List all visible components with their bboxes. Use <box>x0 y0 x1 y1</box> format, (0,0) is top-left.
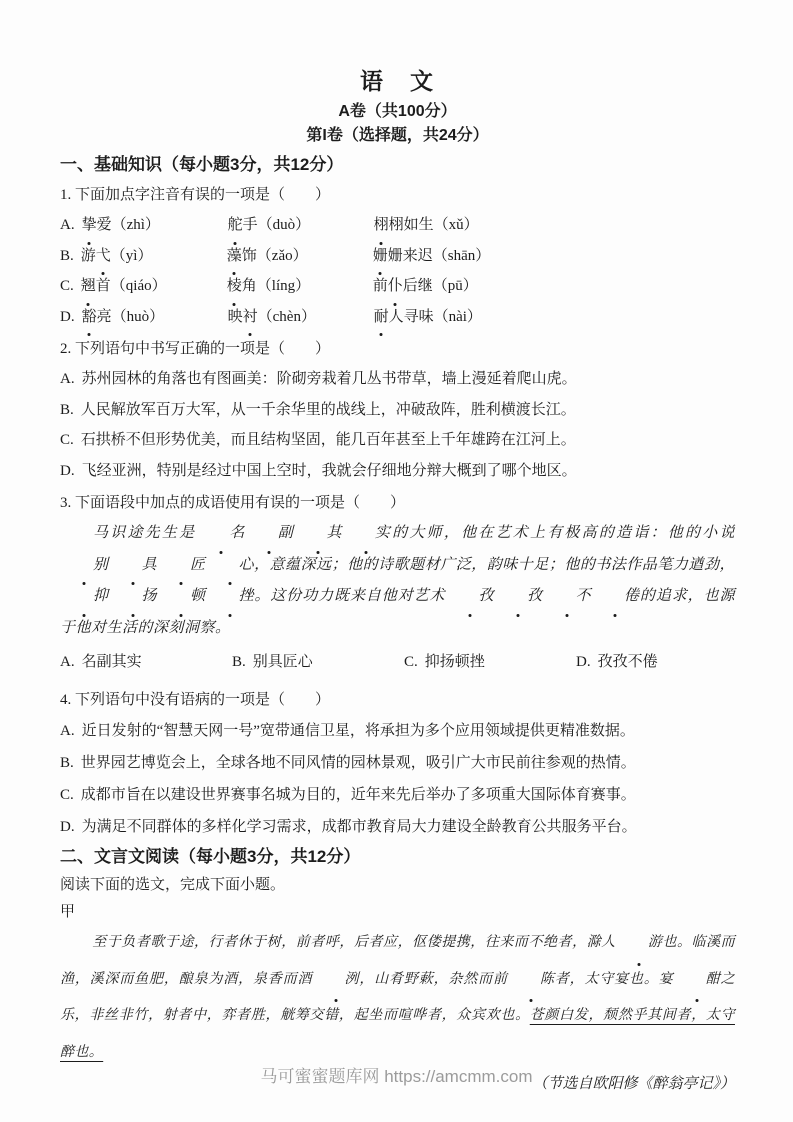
q1-term: 映衬（chèn） <box>228 302 346 333</box>
q1-term: 姗姗来迟（shān） <box>373 241 491 272</box>
q2-option-c: C.石拱桥不但形势优美，而且结构坚固，能几百年甚至上千年雄跨在江河上。 <box>60 425 735 456</box>
section2-intro: 阅读下面的选文，完成下面小题。 <box>60 871 735 899</box>
q1-term: 豁亮（huò） <box>82 302 200 333</box>
option-label: B. <box>60 248 74 264</box>
option-text: 名副其实 <box>82 654 142 670</box>
option-text: 世界园艺博览会上，全球各地不同风情的园林景观，吸引广大市民前往参观的热情。 <box>81 755 636 771</box>
question-4: 4. 下列语句中没有语病的一项是（ ） A.近日发射的“智慧天网一号”宽带通信卫… <box>60 685 735 843</box>
option-label: A. <box>60 654 75 670</box>
q1-term: 藻饰（zǎo） <box>227 241 345 272</box>
q1-option-c: C.翘首（qiáo）棱角（líng）前仆后继（pū） <box>60 271 735 302</box>
question-2-stem: 2. 下列语句中书写正确的一项是（ ） <box>60 334 735 364</box>
option-label: B. <box>232 654 246 670</box>
option-label: D. <box>60 463 75 479</box>
option-text: 成都市旨在以建设世界赛事名城为目的，近年来先后举办了多项重大国际体育赛事。 <box>81 787 636 803</box>
question-3-stem: 3. 下面语段中加点的成语使用有误的一项是（ ） <box>60 488 735 518</box>
option-label: A. <box>60 371 75 387</box>
section1-heading: 一、基础知识（每小题3分，共12分） <box>60 150 735 180</box>
q1-term: 耐人寻味（nài） <box>374 302 482 333</box>
q1-term: 棱角（líng） <box>227 271 345 302</box>
page-content: 语 文 A卷（共100分） 第I卷（选择题，共24分） 一、基础知识（每小题3分… <box>0 0 793 1097</box>
subtitle-part-1: 第I卷（选择题，共24分） <box>60 124 735 148</box>
q4-option-c: C.成都市旨在以建设世界赛事名城为目的，近年来先后举办了多项重大国际体育赛事。 <box>60 779 735 811</box>
question-4-stem: 4. 下列语句中没有语病的一项是（ ） <box>60 685 735 715</box>
site-watermark: 马可蜜蜜题库网 https://amcmm.com <box>0 1064 793 1090</box>
option-text: 为满足不同群体的多样化学习需求，成都市教育局大力建设全龄教育公共服务平台。 <box>82 819 637 835</box>
q1-option-a: A.挚爱（zhì）舵手（duò）栩栩如生（xǔ） <box>60 210 735 241</box>
q1-term: 翘首（qiáo） <box>81 271 199 302</box>
option-label: C. <box>60 432 74 448</box>
q1-term: 挚爱（zhì） <box>82 210 200 241</box>
option-label: D. <box>60 309 75 325</box>
option-text: 飞经亚洲，特别是经过中国上空时，我就会仔细地分辩大概到了哪个地区。 <box>82 463 577 479</box>
q1-term: 栩栩如生（xǔ） <box>374 210 479 241</box>
q3-option-b: B.别具匠心 <box>232 647 404 677</box>
option-text: 抑扬顿挫 <box>425 654 485 670</box>
q3-passage: 马识途先生是名副其实的大师，他在艺术上有极高的造诣：他的小说别具匠心，意蕴深远；… <box>60 518 735 644</box>
q2-option-d: D.飞经亚洲，特别是经过中国上空时，我就会仔细地分辩大概到了哪个地区。 <box>60 456 735 487</box>
classical-passage: 至于负者歌于途，行者休于树，前者呼，后者应，伛偻提携，往来而不绝者，滁人游也。临… <box>60 925 735 1071</box>
option-text: 苏州园林的角落也有图画美：阶砌旁栽着几丛书带草，墙上漫延着爬山虎。 <box>82 371 577 387</box>
doc-title: 语 文 <box>60 64 735 98</box>
q1-term: 游弋（yì） <box>81 241 199 272</box>
option-label: C. <box>60 787 74 803</box>
option-text: 别具匠心 <box>253 654 313 670</box>
option-text: 石拱桥不但形势优美，而且结构坚固，能几百年甚至上千年雄跨在江河上。 <box>81 432 576 448</box>
q3-options-row: A.名副其实 B.别具匠心 C.抑扬顿挫 D.孜孜不倦 <box>60 647 735 677</box>
q4-option-b: B.世界园艺博览会上，全球各地不同风情的园林景观，吸引广大市民前往参观的热情。 <box>60 747 735 779</box>
q4-option-d: D.为满足不同群体的多样化学习需求，成都市教育局大力建设全龄教育公共服务平台。 <box>60 811 735 843</box>
exam-page: 语 文 A卷（共100分） 第I卷（选择题，共24分） 一、基础知识（每小题3分… <box>0 0 793 1122</box>
question-1-stem: 1. 下面加点字注音有误的一项是（ ） <box>60 180 735 210</box>
q1-option-b: B.游弋（yì）藻饰（zǎo）姗姗来迟（shān） <box>60 241 735 272</box>
q2-option-b: B.人民解放军百万大军，从一千余华里的战线上，冲破敌阵，胜利横渡长江。 <box>60 395 735 426</box>
q3-option-c: C.抑扬顿挫 <box>404 647 576 677</box>
option-label: A. <box>60 217 75 233</box>
q1-option-d: D.豁亮（huò）映衬（chèn）耐人寻味（nài） <box>60 302 735 333</box>
q4-option-a: A.近日发射的“智慧天网一号”宽带通信卫星，将承担为多个应用领域提供更精准数据。 <box>60 715 735 747</box>
q3-option-d: D.孜孜不倦 <box>576 647 658 677</box>
q3-option-a: A.名副其实 <box>60 647 232 677</box>
q1-term: 前仆后继（pū） <box>373 271 478 302</box>
option-label: C. <box>404 654 418 670</box>
option-text: 孜孜不倦 <box>598 654 658 670</box>
option-label: C. <box>60 278 74 294</box>
option-label: D. <box>576 654 591 670</box>
option-label: B. <box>60 402 74 418</box>
section2-heading: 二、文言文阅读（每小题3分，共12分） <box>60 843 735 871</box>
option-label: B. <box>60 755 74 771</box>
passage-label-jia: 甲 <box>60 899 735 925</box>
subtitle-volume-a: A卷（共100分） <box>60 100 735 124</box>
option-text: 近日发射的“智慧天网一号”宽带通信卫星，将承担为多个应用领域提供更精准数据。 <box>82 723 635 739</box>
option-text: 人民解放军百万大军，从一千余华里的战线上，冲破敌阵，胜利横渡长江。 <box>81 402 576 418</box>
option-label: D. <box>60 819 75 835</box>
q2-option-a: A.苏州园林的角落也有图画美：阶砌旁栽着几丛书带草，墙上漫延着爬山虎。 <box>60 364 735 395</box>
option-label: A. <box>60 723 75 739</box>
q1-term: 舵手（duò） <box>228 210 346 241</box>
